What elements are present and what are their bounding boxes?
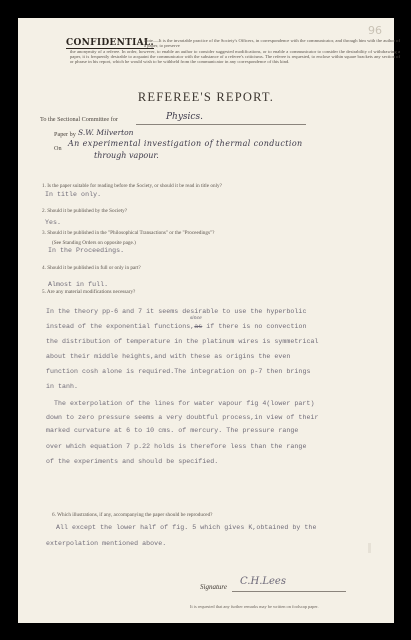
- answer-5-line-5: function cosh alone is required.The inte…: [46, 368, 310, 375]
- page-number: 96: [368, 24, 382, 37]
- paper-on-label: On: [54, 145, 62, 152]
- answer-3: In the Proceedings.: [48, 247, 124, 254]
- confidential-heading: CONFIDENTIAL.: [66, 38, 154, 49]
- answer-5-line-6: in tanh.: [46, 383, 78, 390]
- question-4: 4. Should it be published in full or onl…: [42, 265, 141, 271]
- signature-label: Signature: [200, 583, 227, 591]
- paper-title-line2: through vapour.: [94, 151, 159, 160]
- answer-1: In title only.: [45, 191, 101, 198]
- handwritten-insertion: since: [190, 316, 202, 321]
- answer-5-line-2-cont: if there is no convection: [206, 323, 306, 330]
- answer-4: Almost in full.: [48, 281, 108, 288]
- author-label: Paper by: [54, 131, 76, 138]
- question-6: 6. Which illustrations, if any, accompan…: [52, 512, 212, 518]
- paper-smudge: [368, 543, 371, 553]
- committee-underline: [136, 124, 306, 125]
- question-1: 1. Is the paper suitable for reading bef…: [42, 183, 222, 189]
- question-3: 3. Should it be published in the "Philos…: [42, 230, 214, 236]
- answer-5-line-2: instead of the exponential functions,as …: [46, 323, 306, 330]
- answer-5-line-10: over which equation 7 p.22 holds is ther…: [46, 443, 306, 450]
- committee-value: Physics.: [166, 112, 203, 122]
- answer-5-line-8: down to zero pressure seems a very doubt…: [46, 414, 318, 421]
- paper-title-line1: An experimental investigation of thermal…: [68, 139, 303, 148]
- answer-5-line-2-text: instead of the exponential functions,: [46, 323, 194, 330]
- question-2: 2. Should it be published by the Society…: [42, 208, 127, 214]
- footer-note: It is requested that any further remarks…: [190, 604, 319, 609]
- confidentiality-note-body: the anonymity of a referee. In order, ho…: [70, 49, 400, 65]
- answer-5-line-1: In the theory pp-6 and 7 it seems desira…: [46, 308, 306, 315]
- referee-report-page: 96 CONFIDENTIAL. Note.—It is the invaria…: [18, 18, 394, 623]
- committee-label: To the Sectional Committee for: [40, 116, 118, 123]
- report-title: REFEREE'S REPORT.: [18, 90, 394, 105]
- answer-5-line-7: The exterpolation of the lines for water…: [54, 400, 314, 407]
- signature-value: C.H.Lees: [240, 576, 286, 587]
- struck-word: as: [194, 323, 202, 330]
- answer-6-line-2: exterpolation mentioned above.: [46, 540, 166, 547]
- author-name: S.W. Milverton: [78, 128, 134, 137]
- question-5: 5. Are any material modifications necess…: [42, 289, 135, 295]
- question-3-note: (See Standing Orders on opposite page.): [52, 240, 136, 246]
- answer-5-line-11: of the experiments and should be specifi…: [46, 458, 218, 465]
- signature-underline: [232, 591, 346, 592]
- answer-5-line-9: marked curvature at 6 to 10 cms. of merc…: [46, 427, 298, 434]
- confidentiality-note-first-line: Note.—It is the invariable practice of t…: [144, 38, 400, 48]
- answer-5-line-4: about their middle heights,and with thes…: [46, 353, 290, 360]
- answer-5-line-3: the distribution of temperature in the p…: [46, 338, 318, 345]
- answer-2: Yes.: [45, 219, 61, 226]
- answer-6-line-1: All except the lower half of fig. 5 whic…: [56, 524, 316, 531]
